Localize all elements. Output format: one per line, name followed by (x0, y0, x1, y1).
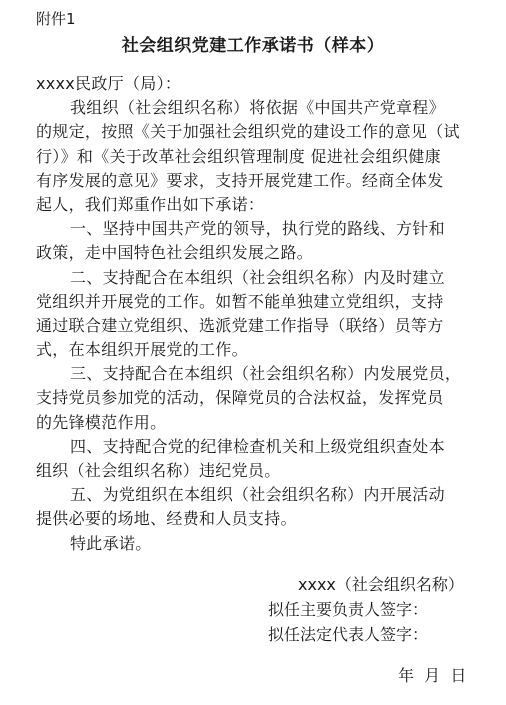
commitment-item-1: 一、坚持中国共产党的领导，执行党的路线、方针和 (36, 217, 470, 241)
principal-signature-label: 拟任主要负责人签字： (268, 598, 428, 622)
commitment-letter-document: 附件1 社会组织党建工作承诺书（样本） xxxx民政厅（局）： 我组织（社会组织… (0, 0, 506, 705)
legal-rep-signature-label: 拟任法定代表人签字： (268, 623, 428, 647)
commitment-item-5: 五、为党组织在本组织（社会组织名称）内开展活动 (36, 483, 470, 507)
commitment-item-4: 四、支持配合党的纪律检查机关和上级党组织查处本 (36, 435, 470, 459)
paragraph-line: 有序发展的意见》要求，支持开展党建工作。经商全体发 (36, 169, 470, 193)
document-body: xxxx民政厅（局）： 我组织（社会组织名称）将依据《中国共产党章程》 的规定，… (36, 72, 470, 556)
paragraph-line: 党组织并开展党的工作。如暂不能单独建立党组织，支持 (36, 290, 470, 314)
salutation: xxxx民政厅（局）： (36, 72, 470, 96)
paragraph-line: 组织（社会组织名称）违纪党员。 (36, 459, 470, 483)
date-label: 年 月 日 (398, 664, 466, 688)
signature-org-name: xxxx（社会组织名称） (298, 573, 464, 597)
paragraph-line: 我组织（社会组织名称）将依据《中国共产党章程》 (36, 96, 470, 120)
paragraph-line: 支持党员参加党的活动，保障党员的合法权益，发挥党员 (36, 386, 470, 410)
closing-statement: 特此承诺。 (36, 532, 470, 556)
paragraph-line: 提供必要的场地、经费和人员支持。 (36, 507, 470, 531)
paragraph-line: 政策，走中国特色社会组织发展之路。 (36, 241, 470, 265)
commitment-item-3: 三、支持配合在本组织（社会组织名称）内发展党员， (36, 362, 470, 386)
paragraph-line: 式，在本组织开展党的工作。 (36, 338, 470, 362)
paragraph-line: 的先锋模范作用。 (36, 411, 470, 435)
paragraph-line: 通过联合建立党组织、选派党建工作指导（联络）员等方 (36, 314, 470, 338)
paragraph-line: 行）》和《关于改革社会组织管理制度 促进社会组织健康 (36, 145, 470, 169)
paragraph-line: 的规定，按照《关于加强社会组织党的建设工作的意见（试 (36, 120, 470, 144)
commitment-item-2: 二、支持配合在本组织（社会组织名称）内及时建立 (36, 266, 470, 290)
document-title: 社会组织党建工作承诺书（样本） (0, 34, 506, 58)
paragraph-line: 起人，我们郑重作出如下承诺： (36, 193, 470, 217)
attachment-label: 附件1 (36, 9, 76, 29)
